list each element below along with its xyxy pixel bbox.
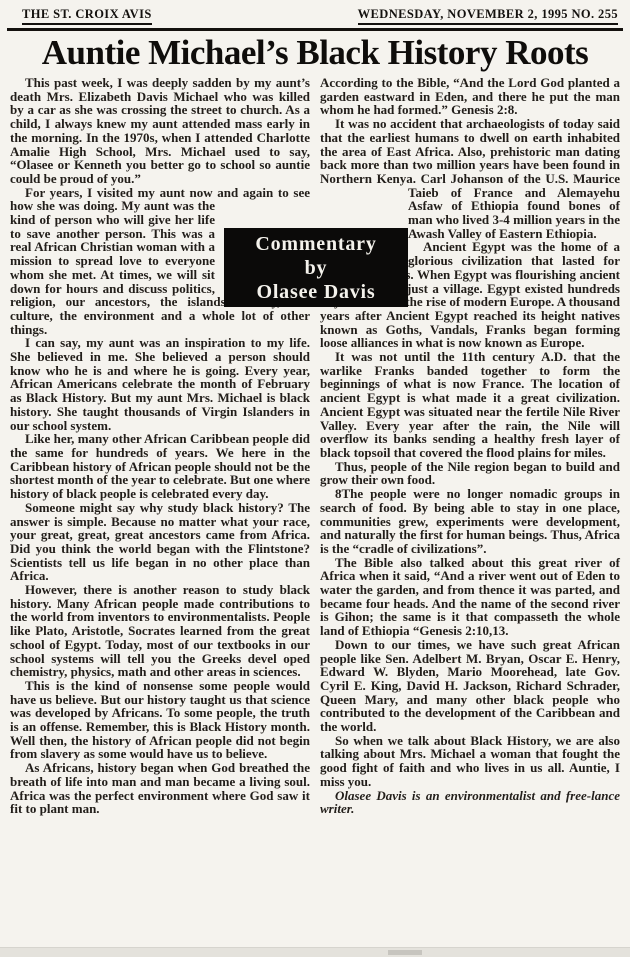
paragraph-text: Taieb of France and Alemayehu Asfaw of E… xyxy=(408,185,620,241)
paragraph-wrapping-box: It was no accident that archaeologists o… xyxy=(320,117,620,240)
commentary-line: by xyxy=(224,256,408,280)
commentary-line: Olasee Davis xyxy=(224,280,408,304)
paragraph: Someone might say why study black histor… xyxy=(10,501,310,583)
article-columns: This past week, I was deeply sadden by m… xyxy=(0,76,630,816)
masthead-title: THE ST. CROIX AVIS xyxy=(22,7,152,25)
paragraph: It was not until the 11th century A.D. t… xyxy=(320,350,620,460)
paragraph: Thus, people of the Nile region began to… xyxy=(320,460,620,487)
paragraph: I can say, my aunt was an inspiration to… xyxy=(10,336,310,432)
paragraph: However, there is another reason to stud… xyxy=(10,583,310,679)
scan-bottom-strip xyxy=(0,947,630,957)
left-column: This past week, I was deeply sadden by m… xyxy=(10,76,310,816)
paragraph: According to the Bible, “And the Lord Go… xyxy=(320,76,620,117)
masthead: THE ST. CROIX AVIS WEDNESDAY, NOVEMBER 2… xyxy=(0,0,630,25)
masthead-rule xyxy=(7,28,623,31)
paragraph: This past week, I was deeply sadden by m… xyxy=(10,76,310,186)
paragraph: So when we talk about Black History, we … xyxy=(320,734,620,789)
masthead-date: WEDNESDAY, NOVEMBER 2, 1995 NO. 255 xyxy=(358,7,618,25)
paragraph: As Africans, history began when God brea… xyxy=(10,761,310,816)
paragraph: Like her, many other African Caribbean p… xyxy=(10,432,310,501)
author-byline: Olasee Davis is an environmentalist and … xyxy=(320,789,620,816)
scan-artifact xyxy=(388,950,422,955)
paragraph-text: It was no accident that archaeologists o… xyxy=(320,116,620,186)
paragraph: Down to our times, we have such great Af… xyxy=(320,638,620,734)
newspaper-page: THE ST. CROIX AVIS WEDNESDAY, NOVEMBER 2… xyxy=(0,0,630,957)
commentary-box: Commentary by Olasee Davis xyxy=(224,228,408,307)
paragraph: The Bible also talked about this great r… xyxy=(320,556,620,638)
paragraph: This is the kind of nonsense some people… xyxy=(10,679,310,761)
right-column: According to the Bible, “And the Lord Go… xyxy=(320,76,620,816)
article-headline: Auntie Michael’s Black History Roots xyxy=(4,33,626,73)
paragraph: 8The people were no longer nomadic group… xyxy=(320,487,620,556)
commentary-line: Commentary xyxy=(224,232,408,256)
